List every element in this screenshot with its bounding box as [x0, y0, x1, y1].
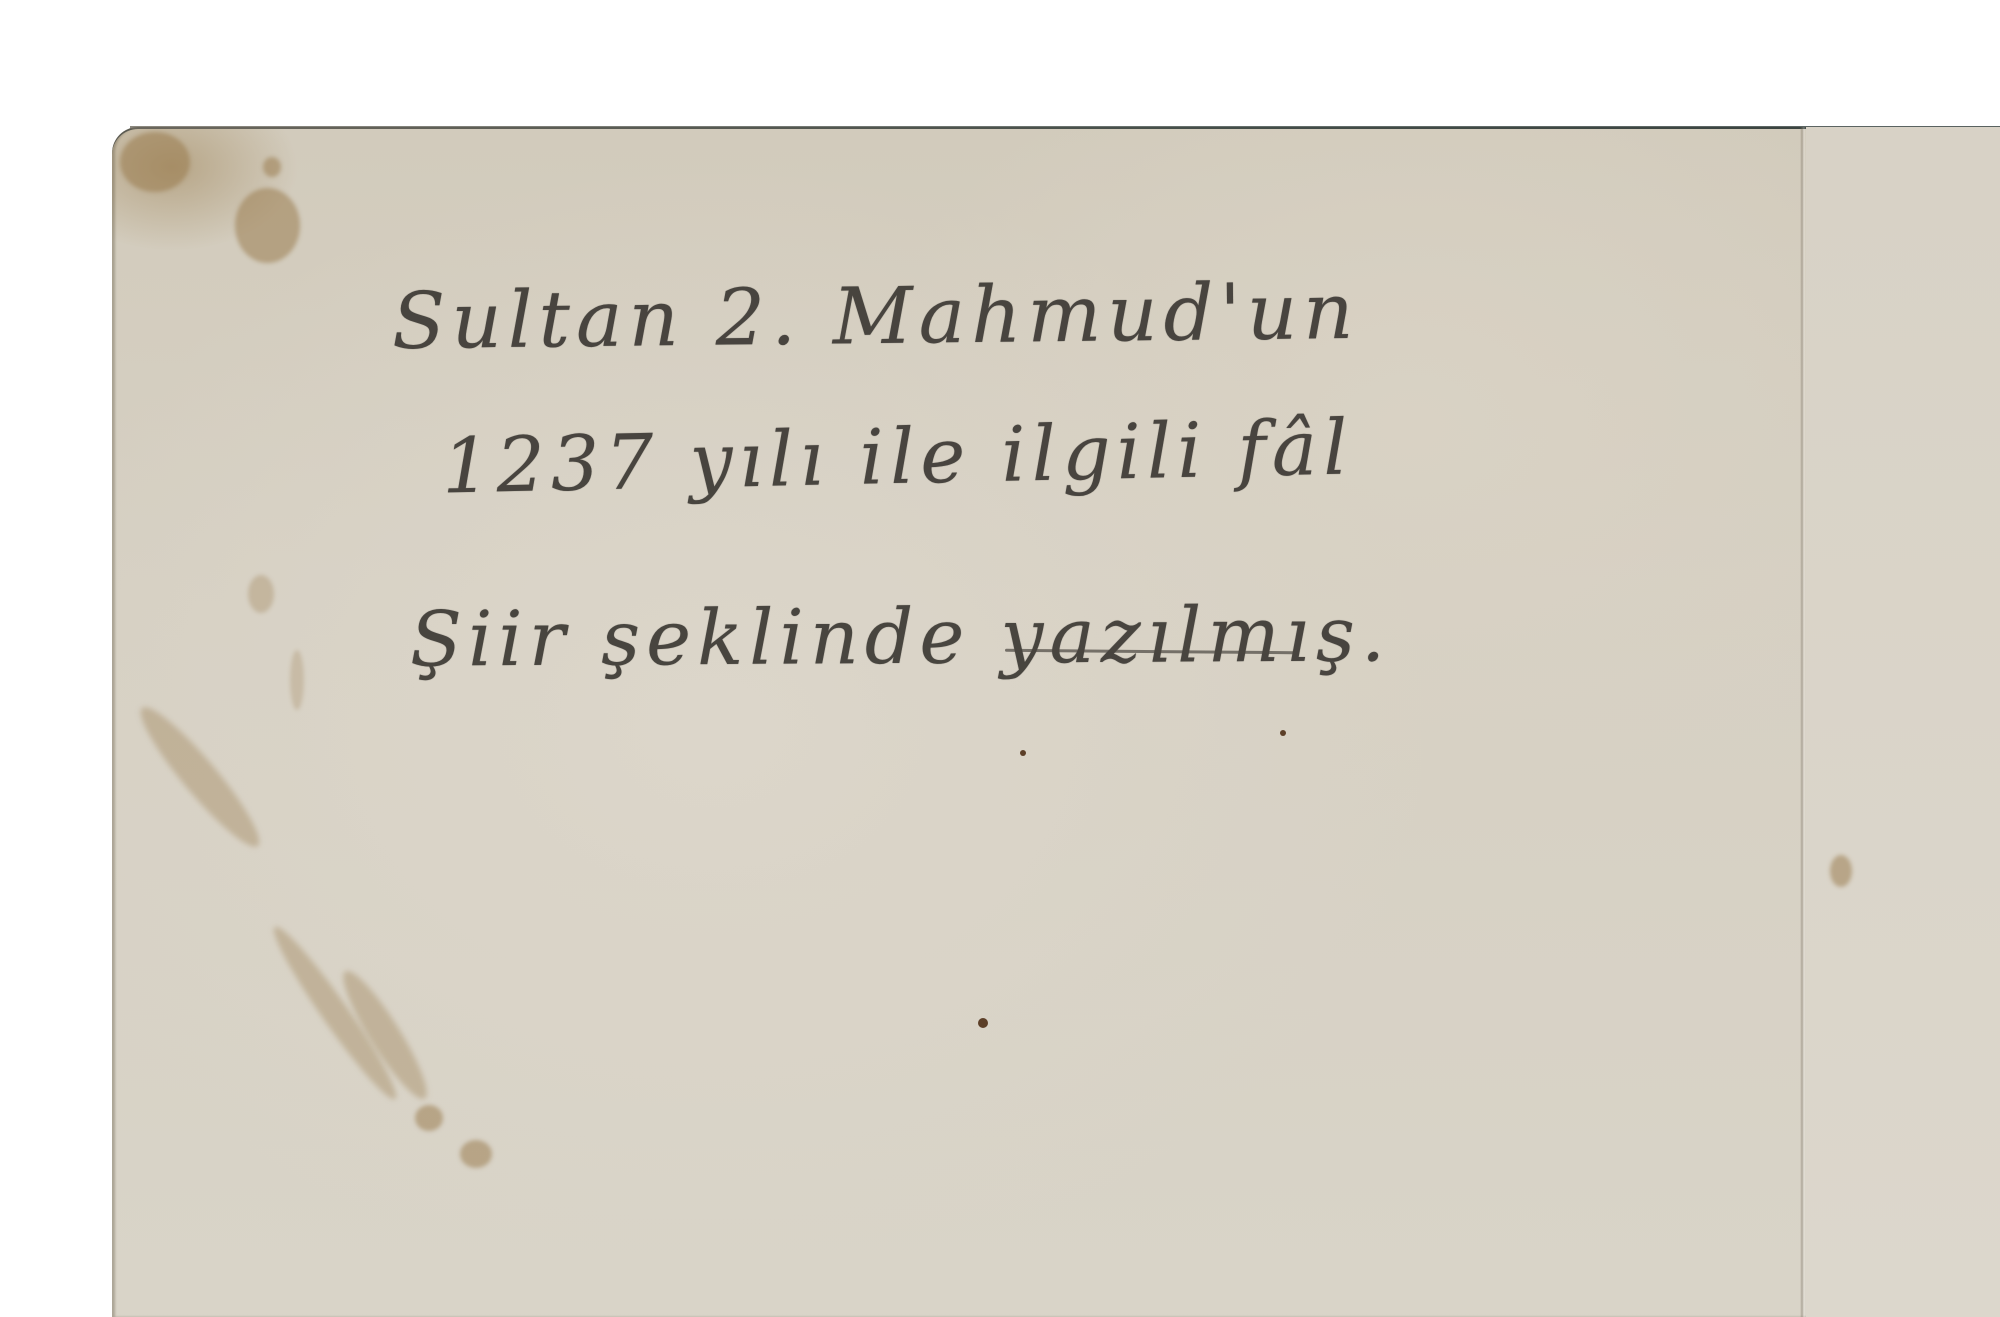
stain: [1830, 855, 1852, 887]
handwritten-line-2: 1237 yılı ile ilgili fâl: [441, 402, 1354, 510]
paper-fold-line: [1800, 127, 1806, 1317]
speck: [1280, 730, 1286, 736]
handwritten-line-3: Şiir şeklinde yazılmış.: [410, 589, 1391, 683]
speck: [978, 1018, 988, 1028]
stain: [415, 1105, 443, 1131]
stain: [120, 132, 190, 192]
stain: [263, 157, 281, 177]
stain: [460, 1140, 492, 1168]
scan-canvas: Sultan 2. Mahmud'un 1237 yılı ile ilgili…: [0, 0, 2000, 1317]
handwritten-line-1: Sultan 2. Mahmud'un: [392, 267, 1360, 367]
stain: [248, 575, 274, 613]
paper-top-edge: [130, 126, 2000, 129]
stain: [235, 188, 300, 263]
speck: [1020, 750, 1026, 756]
paper-right-panel: [1806, 127, 2000, 1317]
stain: [290, 650, 304, 710]
